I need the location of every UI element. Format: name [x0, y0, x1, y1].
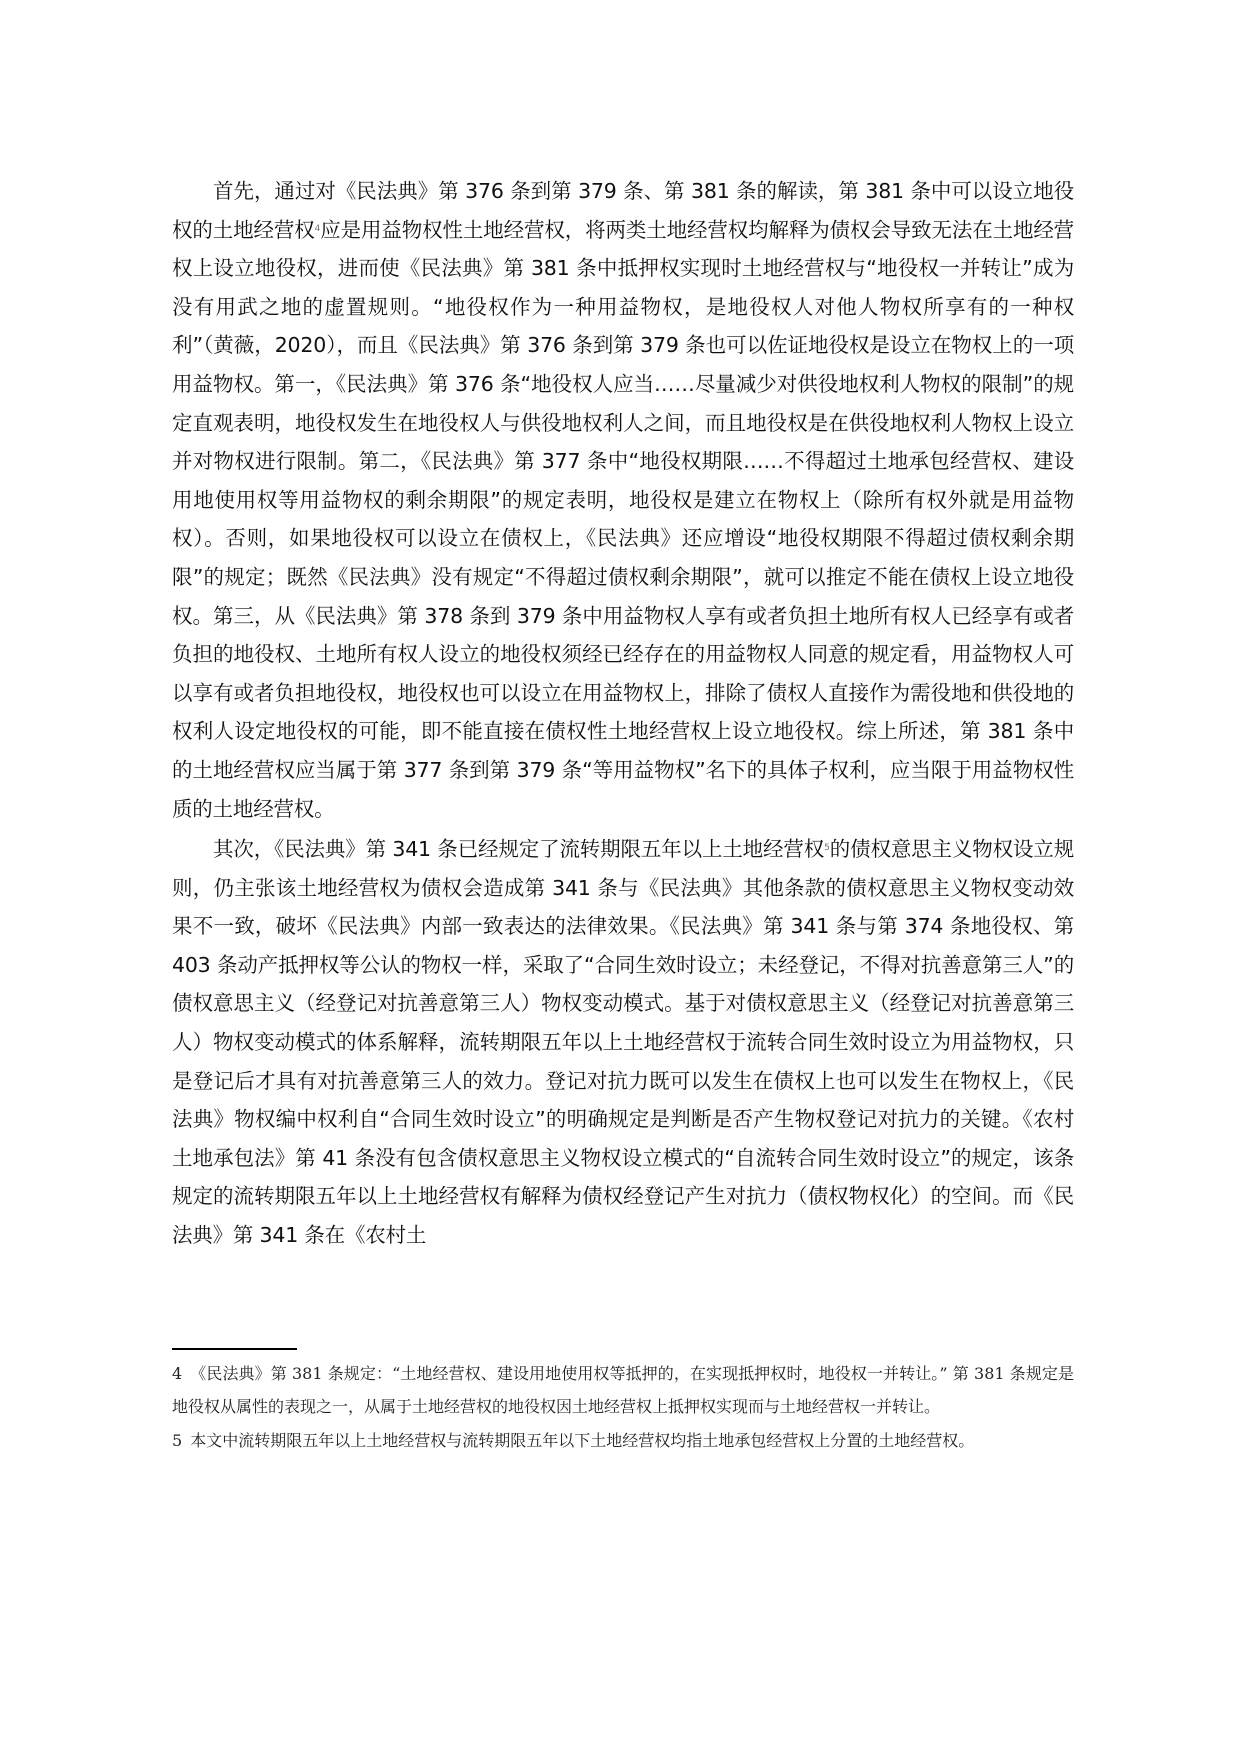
- footnote-text: 本文中流转期限五年以上土地经营权与流转期限五年以下土地经营权均指土地承包经营权上…: [190, 1431, 974, 1450]
- footnote-number: 4: [172, 1364, 182, 1383]
- paragraph-1-text-b: 应是用益物权性土地经营权，将两类土地经营权均解释为债权会导致无法在土地经营权上设…: [172, 218, 1074, 821]
- footnote-text: 《民法典》第 381 条规定：“土地经营权、建设用地使用权等抵押的，在实现抵押权…: [172, 1364, 1074, 1416]
- body-text: 首先，通过对《民法典》第 376 条到第 379 条、第 381 条的解读，第 …: [172, 172, 1074, 1257]
- paragraph-2: 其次，《民法典》第 341 条已经规定了流转期限五年以上土地经营权5的债权意思主…: [172, 830, 1074, 1255]
- footnote-separator: [172, 1348, 297, 1350]
- footnote-5: 5本文中流转期限五年以上土地经营权与流转期限五年以下土地经营权均指土地承包经营权…: [172, 1429, 1074, 1453]
- document-page: 首先，通过对《民法典》第 376 条到第 379 条、第 381 条的解读，第 …: [0, 0, 1240, 1754]
- footnote-4: 4《民法典》第 381 条规定：“土地经营权、建设用地使用权等抵押的，在实现抵押…: [172, 1357, 1074, 1423]
- paragraph-2-text-a: 其次，《民法典》第 341 条已经规定了流转期限五年以上土地经营权: [213, 837, 824, 861]
- paragraph-1: 首先，通过对《民法典》第 376 条到第 379 条、第 381 条的解读，第 …: [172, 172, 1074, 828]
- footnotes: 4《民法典》第 381 条规定：“土地经营权、建设用地使用权等抵押的，在实现抵押…: [172, 1357, 1074, 1457]
- footnote-number: 5: [172, 1431, 182, 1450]
- paragraph-2-text-b: 的债权意思主义物权设立规则，仍主张该土地经营权为债权会造成第 341 条与《民法…: [172, 837, 1074, 1247]
